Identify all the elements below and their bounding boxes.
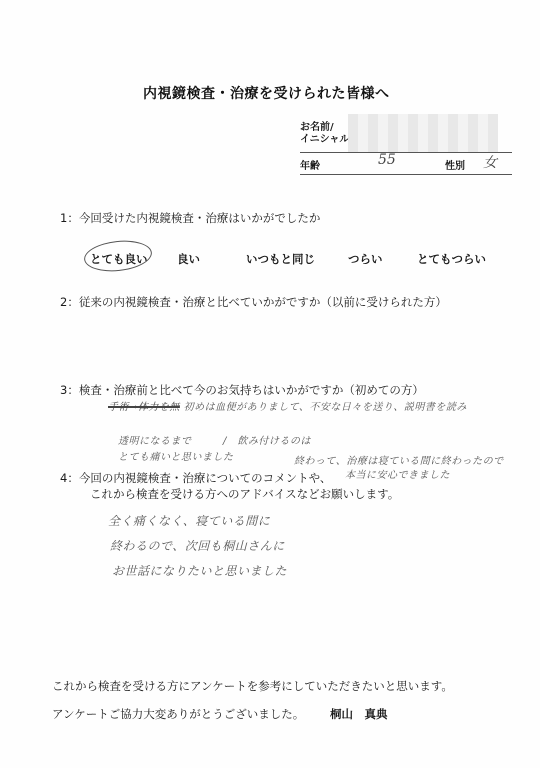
handwritten-answer-4-line-1: 全く痛くなく、寝ている間に [108,512,270,529]
handwritten-answer-3-line-3: とても痛いと思いました [118,448,234,463]
age-sex-row: 年齢 55 性別 女 [300,154,512,172]
divider [300,174,512,175]
option-very-hard[interactable]: とてもつらい [417,251,486,267]
question-2: 2：従来の内視鏡検査・治療と比べていかがですか（以前に受けられた方） [60,294,447,310]
handwritten-answer-3-line-1: 手術→体力を無 初めは血便がありまして、不安な日々を送り、説明書を読み [108,398,467,413]
footer-note: これから検査を受ける方にアンケートを参考にしていただきたいと思います。 [52,678,453,694]
footer-thanks: アンケートご協力大変ありがとうございました。 桐山 真典 [52,706,387,722]
age-label: 年齢 [300,157,320,172]
option-hard[interactable]: つらい [348,251,383,267]
handwritten-answer-3-line-2: 透明になるまで / 飲み付けるのは [118,432,311,447]
question-4-subtext: これから検査を受ける方へのアドバイスなどお願いします。 [90,486,399,502]
option-same[interactable]: いつもと同じ [246,251,315,267]
handwritten-answer-4-line-3: お世話になりたいと思いました [112,562,287,579]
age-value: 55 [378,152,396,168]
option-good[interactable]: 良い [177,251,200,267]
handwritten-answer-3-line-5: 本当に安心できました [345,466,450,481]
option-very-good[interactable]: とても良い [90,251,148,267]
question-4: 4：今回の内視鏡検査・治療についてのコメントや、 [60,470,331,486]
page-title: 内視鏡検査・治療を受けられた皆様へ [143,83,390,103]
divider [300,152,512,153]
signature: 桐山 真典 [330,707,388,721]
name-row: お名前/ イニシャル [300,118,512,152]
sex-label: 性別 [445,157,465,172]
question-3: 3：検査・治療前と比べて今のお気持ちはいかがですか（初めての方） [60,382,424,398]
handwritten-answer-3-line-4: 終わって、治療は寝ている間に終わったので [294,452,504,467]
sex-value: 女 [483,152,497,172]
question-1: 1：今回受けた内視鏡検査・治療はいかがでしたか [60,210,320,226]
survey-page: 内視鏡検査・治療を受けられた皆様へ お名前/ イニシャル 年齢 55 性別 女 … [0,0,540,768]
name-redacted-field [348,114,498,152]
handwritten-answer-4-line-2: 終わるので、次回も桐山さんに [110,537,285,554]
respondent-info: お名前/ イニシャル 年齢 55 性別 女 [300,118,512,172]
